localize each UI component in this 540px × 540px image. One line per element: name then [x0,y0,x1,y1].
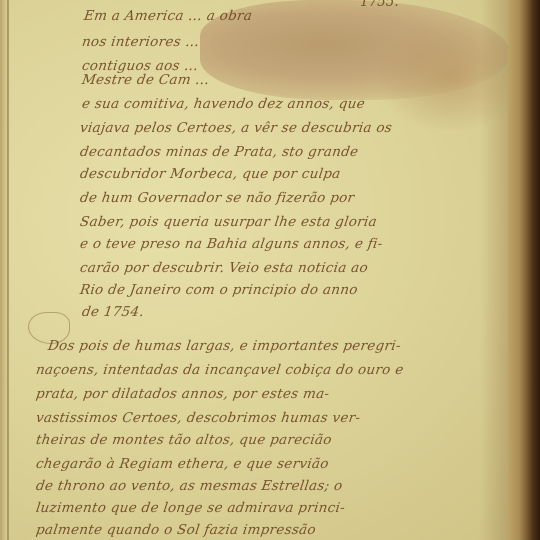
text-line: carão por descubrir. Veio esta noticia a… [79,260,369,276]
text-line: nos interiores ... [81,34,201,50]
text-line: Rio de Janeiro com o principio do anno [79,282,359,298]
text-line: viajava pelos Certoes, a vêr se descubri… [79,120,393,136]
text-line: palmente quando o Sol fazia impressão [35,522,317,538]
text-line: Saber, pois queria usurpar lhe esta glor… [79,214,378,230]
manuscript-text: Em a America ... a obra nos interiores .… [0,0,540,540]
text-line: Mestre de Cam ... [81,72,211,88]
text-line: de throno ao vento, as mesmas Estrellas;… [35,478,344,494]
text-line: e o teve preso na Bahia alguns annos, e … [79,236,384,252]
text-line: descubridor Morbeca, que por culpa [79,166,342,182]
text-line: luzimento que de longe se admirava princ… [35,500,346,516]
text-line: naçoens, intentadas da incançavel cobiça… [35,362,405,378]
manuscript-page: 1755. Em a America ... a obra nos interi… [0,0,540,540]
text-line: de 1754. [81,304,145,320]
text-line: e sua comitiva, havendo dez annos, que [81,96,366,112]
text-line: vastissimos Certoes, descobrimos humas v… [35,410,362,426]
text-line: chegarão à Regiam ethera, e que servião [35,456,330,472]
text-line: theiras de montes tão altos, que pareciã… [35,432,333,448]
text-line: prata, por dilatados annos, por estes ma… [35,386,331,402]
text-line: Dos pois de humas largas, e importantes … [47,338,402,354]
text-line: de hum Governador se não fizerão por [79,190,356,206]
text-line: Em a America ... a obra [83,8,253,24]
text-line: decantados minas de Prata, sto grande [79,144,360,160]
